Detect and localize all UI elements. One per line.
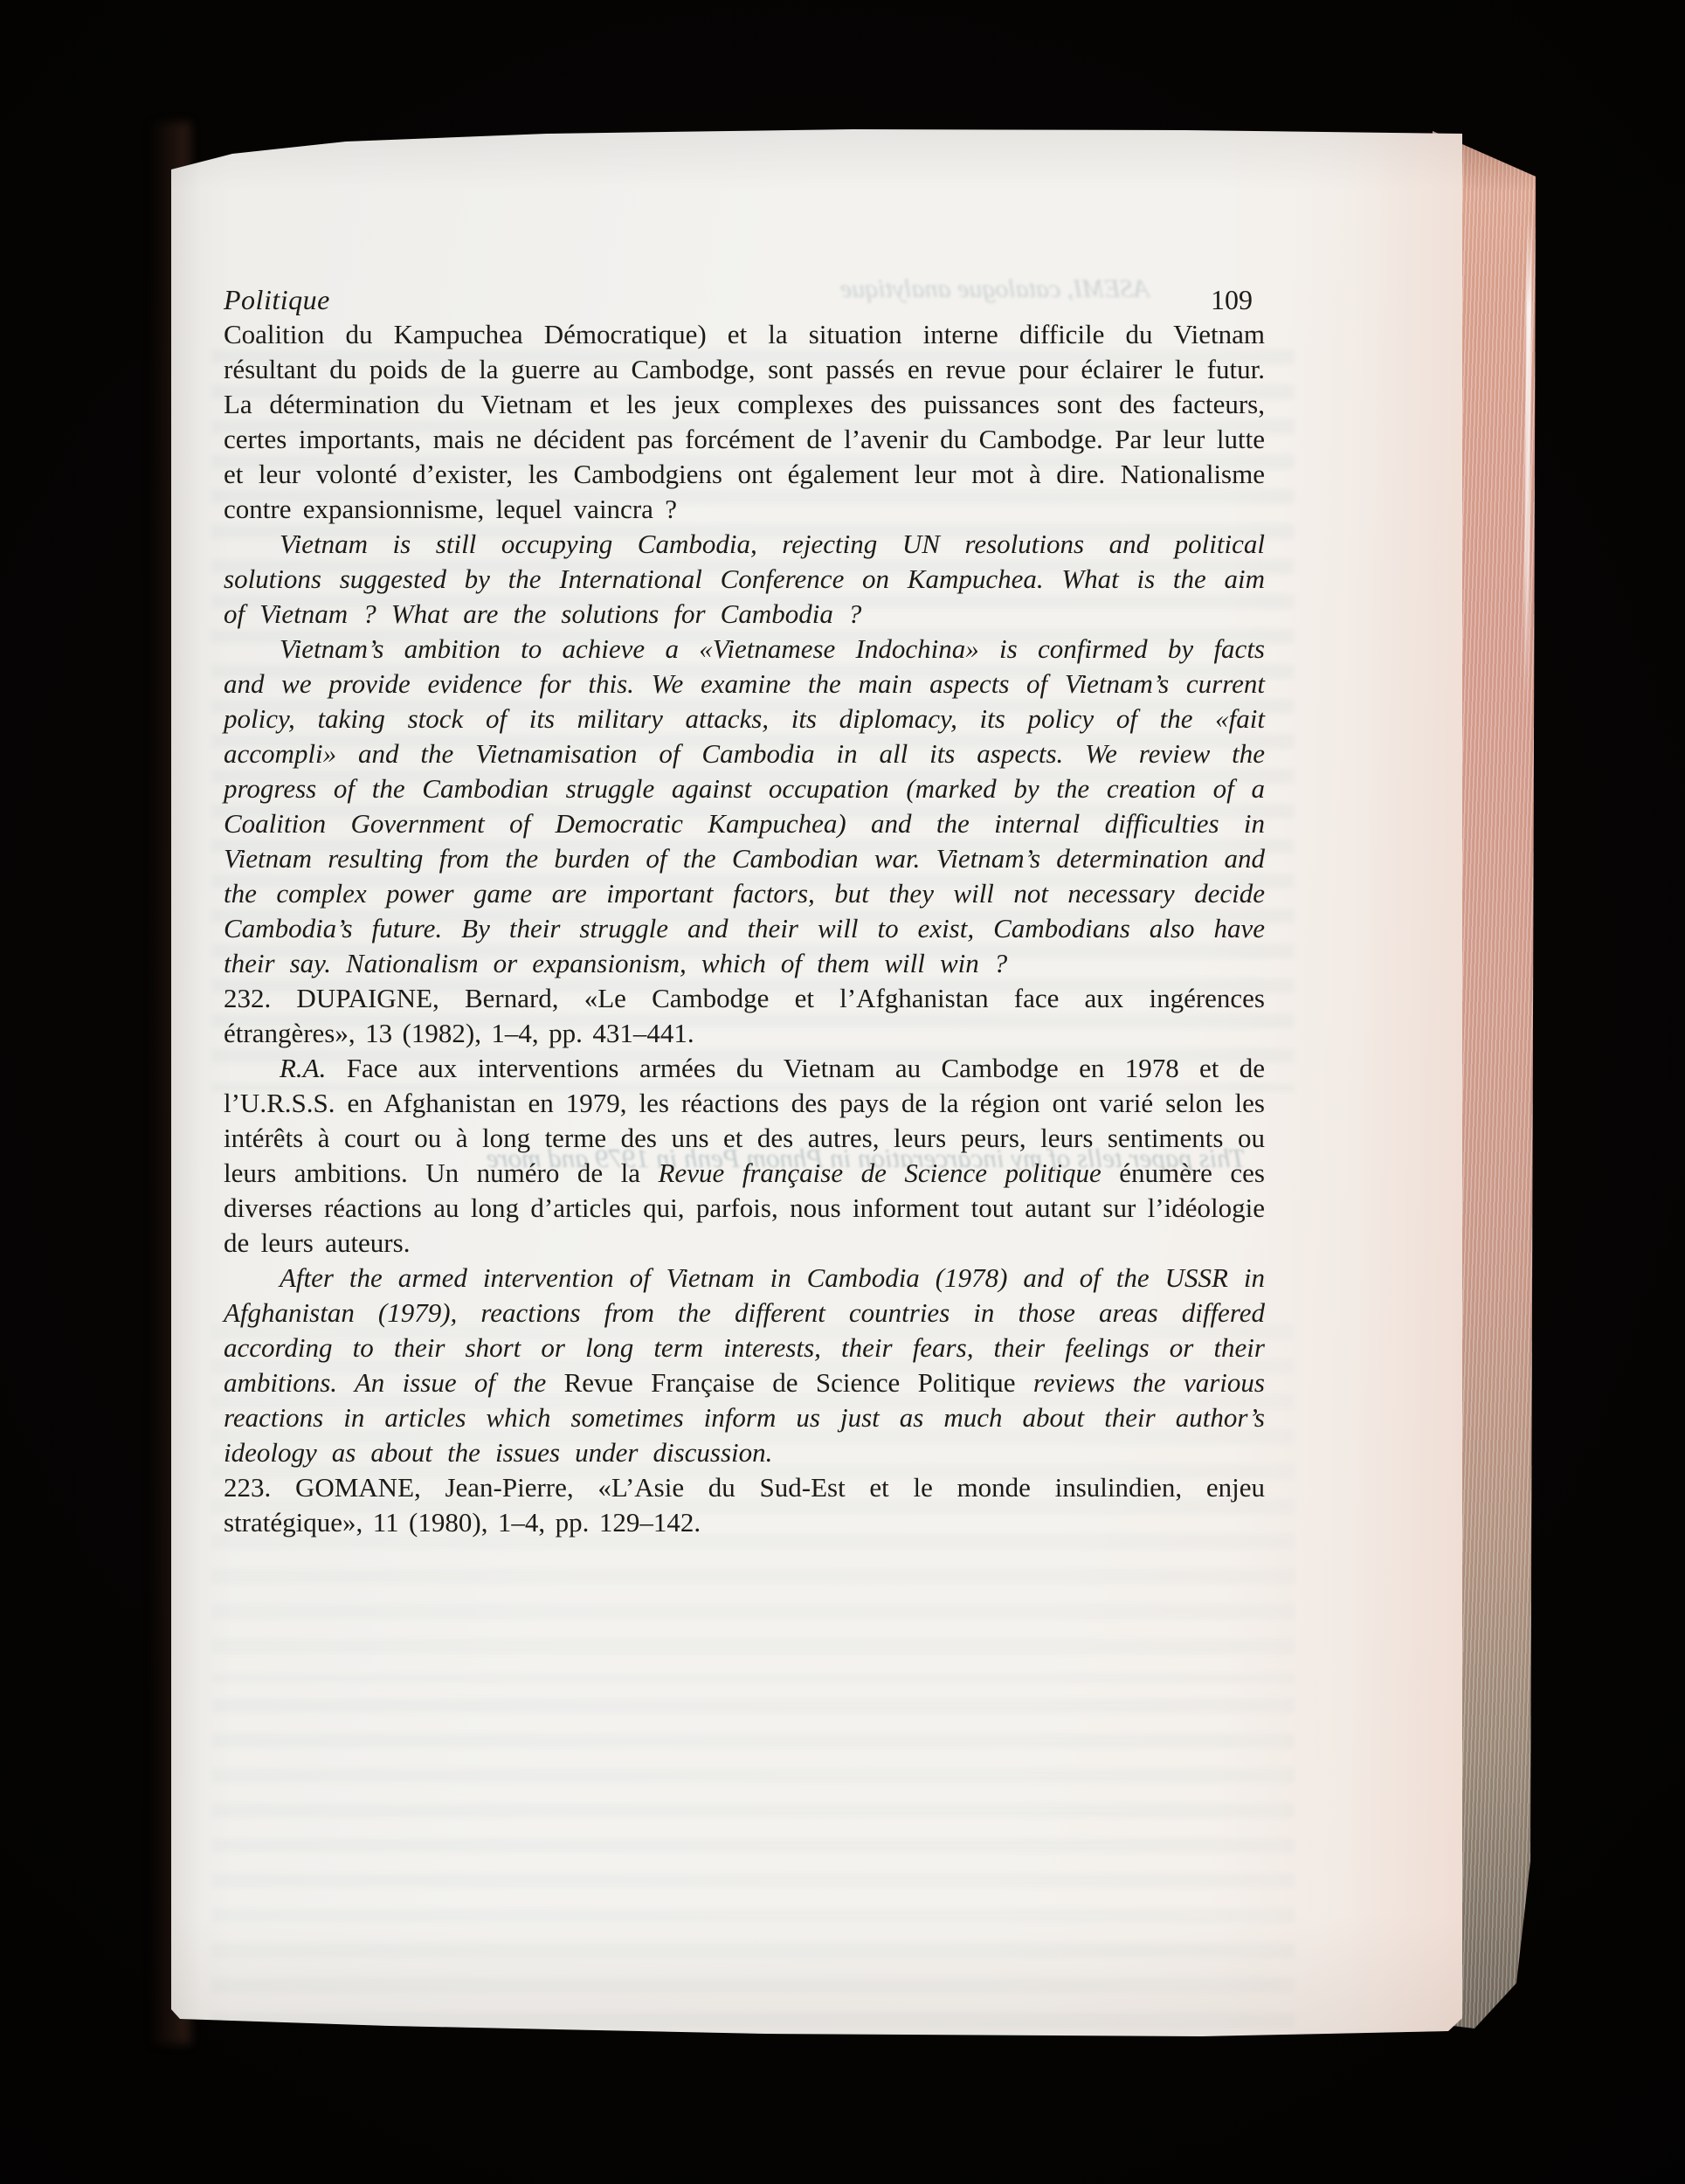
book-page: ASEMI, catalogue analytique This paper t… bbox=[171, 129, 1462, 2037]
journal-title-roman: Revue Française de Science Politique bbox=[564, 1367, 1016, 1398]
review-label: R.A. bbox=[280, 1053, 326, 1083]
abstract-en-interventions: After the armed intervention of Vietnam … bbox=[224, 1261, 1265, 1470]
journal-title-fr: Revue française de Science politique bbox=[659, 1158, 1101, 1188]
running-title: Politique bbox=[224, 282, 330, 317]
review-paragraph-fr: R.A. Face aux interventions armées du Vi… bbox=[224, 1051, 1265, 1261]
entry-223-gomane: 223. GOMANE, Jean-Pierre, «L’Asie du Sud… bbox=[224, 1470, 1265, 1540]
showthrough-stripes-lower bbox=[211, 1698, 1295, 2039]
page-header: Politique 109 bbox=[224, 282, 1265, 317]
abstract-en-occupation: Vietnam is still occupying Cambodia, rej… bbox=[224, 527, 1265, 632]
entry-232-dupaigne: 232. DUPAIGNE, Bernard, «Le Cambodge et … bbox=[224, 981, 1265, 1051]
text-column: Politique 109 Coalition du Kampuchea Dém… bbox=[224, 282, 1265, 1540]
continuation-paragraph-fr: Coalition du Kampuchea Démocratique) et … bbox=[224, 317, 1265, 527]
abstract-en-ambition: Vietnam’s ambition to achieve a «Vietnam… bbox=[224, 632, 1265, 981]
photo-backdrop: ASEMI, catalogue analytique This paper t… bbox=[0, 0, 1685, 2184]
page-number: 109 bbox=[1211, 282, 1265, 317]
